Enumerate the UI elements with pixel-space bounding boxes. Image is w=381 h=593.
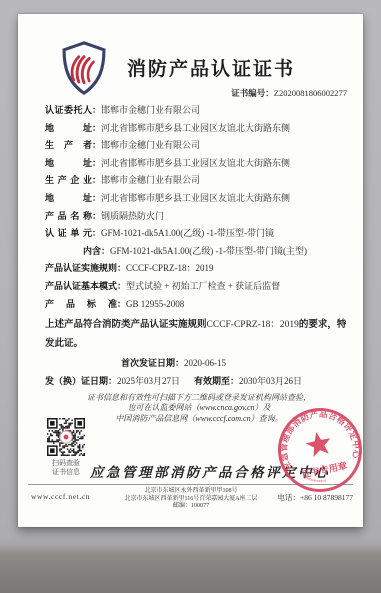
field-value: GFM-1021-dk5A1.00(乙级) -1-带压型-带门镜(主型) — [110, 246, 307, 256]
field-label: 内含 — [83, 246, 101, 256]
footer-postcode: 邮编：100077 — [110, 503, 272, 511]
field-label: 认证单元 — [45, 225, 92, 243]
cccf-shield-logo — [58, 40, 110, 96]
field-value: 钢质隔热防火门 — [101, 211, 164, 221]
photo-background: 消防产品认证证书 证书编号：Z2020081806002277 认证委托人：邯郸… — [0, 0, 381, 593]
field-row-address: 地址：河北省邯郸市肥乡县工业园区友谊北大街路东侧 — [45, 190, 353, 208]
field-value: 邯郸市金穗门业有限公司 — [101, 105, 200, 115]
field-row-manufacturer: 生产企业：邯郸市金穗门业有限公司 — [45, 172, 353, 190]
seal-star-icon — [304, 429, 334, 458]
valid-until-label: 有效期至： — [194, 376, 239, 386]
certification-seal: 应急管理部消防产品合格评定中心 证书专用章 1300000000001 — [268, 398, 372, 502]
field-value: GB 12955-2008 — [126, 299, 184, 309]
valid-until-value: 2030年03月26日 — [239, 376, 302, 386]
field-value: 型式试验 + 初始工厂检查 + 获证后监督 — [126, 281, 280, 291]
certificate-number: 证书编号：Z2020081806002277 — [231, 87, 347, 99]
field-row-cert-mode: 产品认证基本模式：型式试验 + 初始工厂检查 + 获证后监督 — [45, 278, 353, 296]
qr-code — [47, 418, 85, 456]
notice-line: 证书信息和有效性可扫描下方二维码或登录发证机构网站查验， — [45, 393, 353, 404]
field-row-producer: 生产者：邯郸市金穗门业有限公司 — [45, 137, 353, 155]
field-row-product-name: 产品名称：钢质隔热防火门 — [45, 208, 353, 226]
qr-caption: 扫码查验 证书信息 — [42, 459, 90, 476]
field-value: 河北省邯郸市肥乡县工业园区友谊北大街路东侧 — [101, 123, 290, 133]
field-label: 地址 — [45, 155, 92, 173]
field-label: 生产者 — [45, 137, 92, 155]
footer-website: www.cccf.net.cn — [31, 492, 90, 501]
certificate-number-label: 证书编号： — [231, 88, 274, 98]
first-issue-date-value: 2020-06-15 — [184, 358, 226, 368]
certificate-title: 消防产品认证证书 — [106, 54, 316, 81]
field-row-cert-unit: 认证单元：GFM-1021-dk5A1.00(乙级) -1-带压型-带门镜 — [45, 225, 353, 243]
field-row-cert-rule: 产品认证实施规则：CCCF-CPRZ-18：2019 — [45, 260, 353, 278]
field-value: 邯郸市金穗门业有限公司 — [101, 175, 200, 185]
field-value: GFM-1021-dk5A1.00(乙级) -1-带压型-带门镜 — [101, 228, 274, 238]
certificate-fields: 认证委托人：邯郸市金穗门业有限公司 地址：河北省邯郸市肥乡县工业园区友谊北大街路… — [45, 102, 353, 424]
reissue-date-label: 发（换）证日期： — [45, 376, 117, 386]
field-label: 产品认证基本模式 — [45, 281, 117, 291]
reissue-date-value: 2025年03月27日 — [117, 376, 180, 386]
field-label: 地址 — [45, 120, 92, 138]
field-row-address: 地址：河北省邯郸市肥乡县工业园区友谊北大街路东侧 — [45, 155, 353, 173]
first-issue-date-label: 首次发证日期： — [121, 358, 184, 368]
reissue-date-row: 发（换）证日期：2025年03月27日有效期至：2030年03月26日 — [45, 373, 353, 391]
conformity-statement: 上述产品符合消防类产品认证实施规则CCCF-CPRZ-18：2019的要求，特发… — [45, 316, 353, 353]
footer-address: 北京市东城区永外西革新里甲108号 北京市东城区西革新里116号百荣嘉园大厦A座… — [110, 488, 272, 511]
field-row-product-standard: 产品标准：GB 12955-2008 — [45, 296, 353, 314]
certificate-paper: 消防产品认证证书 证书编号：Z2020081806002277 认证委托人：邯郸… — [18, 14, 363, 527]
field-label: 生产企业 — [45, 172, 92, 190]
field-value: 河北省邯郸市肥乡县工业园区友谊北大街路东侧 — [101, 193, 290, 203]
field-value: 河北省邯郸市肥乡县工业园区友谊北大街路东侧 — [101, 158, 290, 168]
footer-address-line1: 北京市东城区永外西革新里甲108号 — [110, 488, 272, 496]
field-row-address: 地址：河北省邯郸市肥乡县工业园区友谊北大街路东侧 — [45, 120, 353, 138]
field-label: 产品名称 — [45, 208, 92, 226]
field-label: 认证委托人 — [45, 102, 92, 120]
field-label: 产品标准 — [45, 296, 117, 314]
first-issue-date-row: 首次发证日期：2020-06-15 — [45, 355, 353, 373]
field-label: 地址 — [45, 190, 92, 208]
certificate-number-value: Z2020081806002277 — [274, 88, 347, 98]
field-row-applicant: 认证委托人：邯郸市金穗门业有限公司 — [45, 102, 353, 120]
field-value: CCCF-CPRZ-18：2019 — [126, 263, 214, 273]
field-value: 邯郸市金穗门业有限公司 — [101, 140, 200, 150]
field-label: 产品认证实施规则 — [45, 263, 117, 273]
field-row-included: 内含：GFM-1021-dk5A1.00(乙级) -1-带压型-带门镜(主型) — [45, 243, 353, 261]
